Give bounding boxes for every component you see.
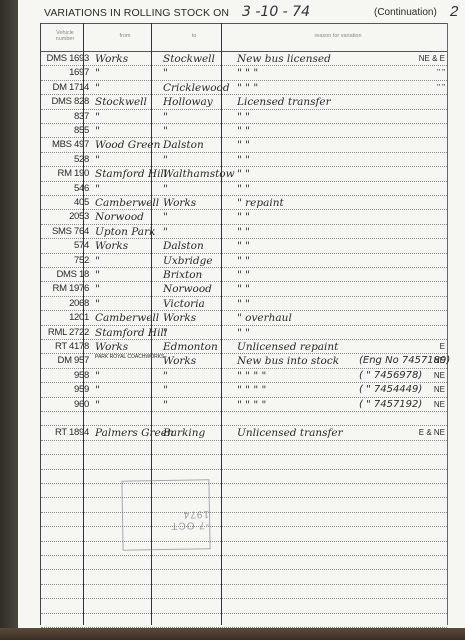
to-cell: " [163,382,229,396]
reason-cell: " " [237,267,417,281]
reason-cell: " repaint [237,195,417,209]
reason-cell: Licensed transfer [237,94,417,108]
table-row: RML 2722Stamford Hill"" " [41,325,447,340]
reason-cell: " " [237,137,417,151]
to-cell: Holloway [163,94,229,108]
table-row: 574WorksDalston" " [41,238,447,253]
reason-cell: " " [237,281,417,295]
to-cell: Uxbridge [163,253,229,267]
from-cell: Camberwell [95,310,151,324]
table-row [41,497,447,512]
table-row: DMS 18"Brixton" " [41,267,447,282]
reason-cell: " " [237,109,417,123]
from-cell: Stamford Hill [95,325,151,339]
vehicle-number-cell: 960 [41,397,89,411]
vehicle-number-cell: DM 957 [41,353,89,367]
table-row [41,555,447,570]
reason-cell: " " [237,325,417,339]
vehicle-number-cell: RM 190 [41,166,89,180]
vehicle-number-cell: DM 1714 [41,80,89,94]
reason-cell [237,411,417,425]
reason-cell: New bus licensed [237,51,417,65]
to-cell: Victoria [163,296,229,310]
reason-cell: " " [237,209,417,223]
to-cell: " [163,368,229,382]
vehicle-number-cell: RML 2722 [41,325,89,339]
vehicle-number-cell: 855 [41,123,89,137]
vehicle-number-cell: 574 [41,238,89,252]
area-code-cell: NE [413,368,445,382]
reason-cell: " " [237,296,417,310]
vehicle-number-cell: 959 [41,382,89,396]
from-cell: " [95,368,151,382]
area-code-cell [413,281,445,295]
table-row: DMS 828StockwellHollowayLicensed transfe… [41,94,447,109]
table-row: RM 1976"Norwood" " [41,281,447,296]
header-vehicle-number: Vehicle number [47,30,83,42]
vehicle-number-cell: 2068 [41,296,89,310]
table-row: RT 4178WorksEdmontonUnlicensed repaintE [41,339,447,354]
area-code-cell: " " [413,65,445,79]
from-cell: " [95,267,151,281]
from-cell: " [95,281,151,295]
from-cell: Works [95,51,151,65]
reason-cell: " " [237,224,417,238]
table-row [41,526,447,541]
from-cell: Wood Green [95,137,151,151]
form-date: 3 -10 - 74 [242,4,310,20]
to-cell: " [163,209,229,223]
area-code-cell: NE [413,397,445,411]
area-code-cell [413,209,445,223]
to-cell: Stockwell [163,51,229,65]
table-row [41,469,447,484]
form-header: VARIATIONS IN ROLLING STOCK ON 3 -10 - 7… [44,5,464,23]
reason-cell: " " [237,181,417,195]
area-code-cell [413,253,445,267]
table-row: RM 190Stamford HillWalthamstow" " [41,166,447,181]
variations-table: Vehicle number from to reason for variat… [40,23,448,625]
to-cell: " [163,325,229,339]
to-cell [163,411,229,425]
from-cell: " [95,382,151,396]
table-row: 959""" " " "( " 7454449)NE [41,382,447,397]
reason-cell: " " [237,238,417,252]
table-row [41,483,447,498]
to-cell: Walthamstow [163,166,229,180]
area-code-cell [413,310,445,324]
table-row: 1201CamberwellWorks" overhaul [41,310,447,325]
stamp-date: -7 OCT 1974 [149,508,209,531]
area-code-cell: NE & E [413,51,445,65]
form-title: VARIATIONS IN ROLLING STOCK ON [44,7,229,19]
table-row: 2053Norwood"" " [41,209,447,224]
vehicle-number-cell: 1697 [41,65,89,79]
continuation-label: (Continuation) [374,7,437,18]
table-row [41,411,447,426]
table-row [41,613,447,628]
table-row: SMS 764Upton Park"" " [41,224,447,239]
area-code-cell [413,137,445,151]
to-cell: Cricklewood [163,80,229,94]
table-row: 958""" " " "( " 7456978)NE [41,368,447,383]
from-cell: " [95,397,151,411]
header-from: from [91,33,159,39]
vehicle-number-cell: SMS 764 [41,224,89,238]
to-cell: Works [163,353,229,367]
vehicle-number-cell: DMS 1693 [41,51,89,65]
table-row: DMS 1693WorksStockwellNew bus licensedNE… [41,51,447,66]
area-code-cell [413,238,445,252]
area-code-cell [413,123,445,137]
to-cell: Norwood [163,281,229,295]
table-row [41,541,447,556]
to-cell: " [163,224,229,238]
reason-cell: Unlicensed repaint [237,339,417,353]
from-cell: Palmers Green [95,425,151,439]
from-cell: " [95,296,151,310]
table-row: 2068"Victoria" " [41,296,447,311]
vehicle-number-cell: 1201 [41,310,89,324]
vehicle-number-cell: 405 [41,195,89,209]
from-cell: PARK ROYAL COACHWORKS [95,354,151,368]
from-cell [95,411,151,425]
vehicle-number-cell: MBS 497 [41,137,89,151]
reason-cell: " " " [237,65,417,79]
reason-cell: " " [237,123,417,137]
area-code-cell: NE [413,382,445,396]
from-cell: " [95,253,151,267]
vehicle-number-cell: DMS 18 [41,267,89,281]
page-number: 2 [450,3,458,20]
area-code-cell: E [413,339,445,353]
from-cell: " [95,80,151,94]
scan-edge-bottom [0,628,465,640]
vehicle-number-cell: RT 1894 [41,425,89,439]
table-row [41,598,447,613]
vehicle-number-cell: 546 [41,181,89,195]
to-cell: Barking [163,425,229,439]
area-code-cell: " " [413,80,445,94]
from-cell: " [95,181,151,195]
from-cell: Works [95,238,151,252]
from-cell: Works [95,339,151,353]
reason-cell: " " [237,253,417,267]
table-row: DM 957PARK ROYAL COACHWORKSWorksNew bus … [41,353,447,368]
to-cell: " [163,181,229,195]
to-cell: " [163,123,229,137]
table-row [41,569,447,584]
from-cell: Stockwell [95,94,151,108]
to-cell: Works [163,310,229,324]
table-row: MBS 497Wood GreenDalston" " [41,137,447,152]
area-code-cell [413,325,445,339]
reason-cell: Unlicensed transfer [237,425,417,439]
to-cell: " [163,65,229,79]
table-row: 837""" " [41,109,447,124]
vehicle-number-cell: RM 1976 [41,281,89,295]
area-code-cell [413,181,445,195]
table-row [41,512,447,527]
table-row [41,584,447,599]
reason-cell: " " [237,152,417,166]
header-to: to [159,33,229,39]
table-row: DM 1714"Cricklewood" " "" " [41,80,447,95]
to-cell: Brixton [163,267,229,281]
table-row [41,454,447,469]
area-code-cell [413,94,445,108]
to-cell: " [163,109,229,123]
to-cell: Works [163,195,229,209]
from-cell: Norwood [95,209,151,223]
from-cell: Camberwell [95,195,151,209]
from-cell: Stamford Hill [95,166,151,180]
to-cell: " [163,152,229,166]
area-code-cell [413,152,445,166]
header-reason: reason for variation [229,33,447,39]
table-row: 752"Uxbridge" " [41,253,447,268]
vehicle-number-cell: 958 [41,368,89,382]
table-row: 960""" " " "( " 7457192)NE [41,397,447,412]
to-cell: Dalston [163,137,229,151]
area-code-cell [413,195,445,209]
area-code-cell [413,109,445,123]
vehicle-number-cell: 528 [41,152,89,166]
to-cell: Edmonton [163,339,229,353]
table-header: Vehicle number from to reason for variat… [41,23,447,52]
table-row: 1697""" " "" " [41,65,447,80]
from-cell: " [95,152,151,166]
scan-edge-left [0,0,18,640]
from-cell: Upton Park [95,224,151,238]
from-cell: " [95,65,151,79]
area-code-cell: E & NE [413,425,445,439]
vehicle-number-cell [41,411,89,425]
reason-cell: " " " [237,80,417,94]
area-code-cell [413,166,445,180]
table-row: 855""" " [41,123,447,138]
table-row: 546""" " [41,181,447,196]
vehicle-number-cell: 837 [41,109,89,123]
from-cell: " [95,109,151,123]
area-code-cell [413,267,445,281]
area-code-cell [413,296,445,310]
area-code-cell [413,224,445,238]
vehicle-number-cell: 752 [41,253,89,267]
reason-cell: " overhaul [237,310,417,324]
vehicle-number-cell: RT 4178 [41,339,89,353]
to-cell: " [163,397,229,411]
table-row: 405CamberwellWorks" repaint [41,195,447,210]
from-cell: " [95,123,151,137]
table-row: 528""" " [41,152,447,167]
vehicle-number-cell: 2053 [41,209,89,223]
to-cell: Dalston [163,238,229,252]
received-stamp: -7 OCT 1974 [121,479,210,551]
table-row: RT 1894Palmers GreenBarkingUnlicensed tr… [41,425,447,440]
area-code-cell [413,411,445,425]
reason-cell: " " [237,166,417,180]
table-row [41,440,447,455]
vehicle-number-cell: DMS 828 [41,94,89,108]
area-code-cell: NE [413,353,445,367]
